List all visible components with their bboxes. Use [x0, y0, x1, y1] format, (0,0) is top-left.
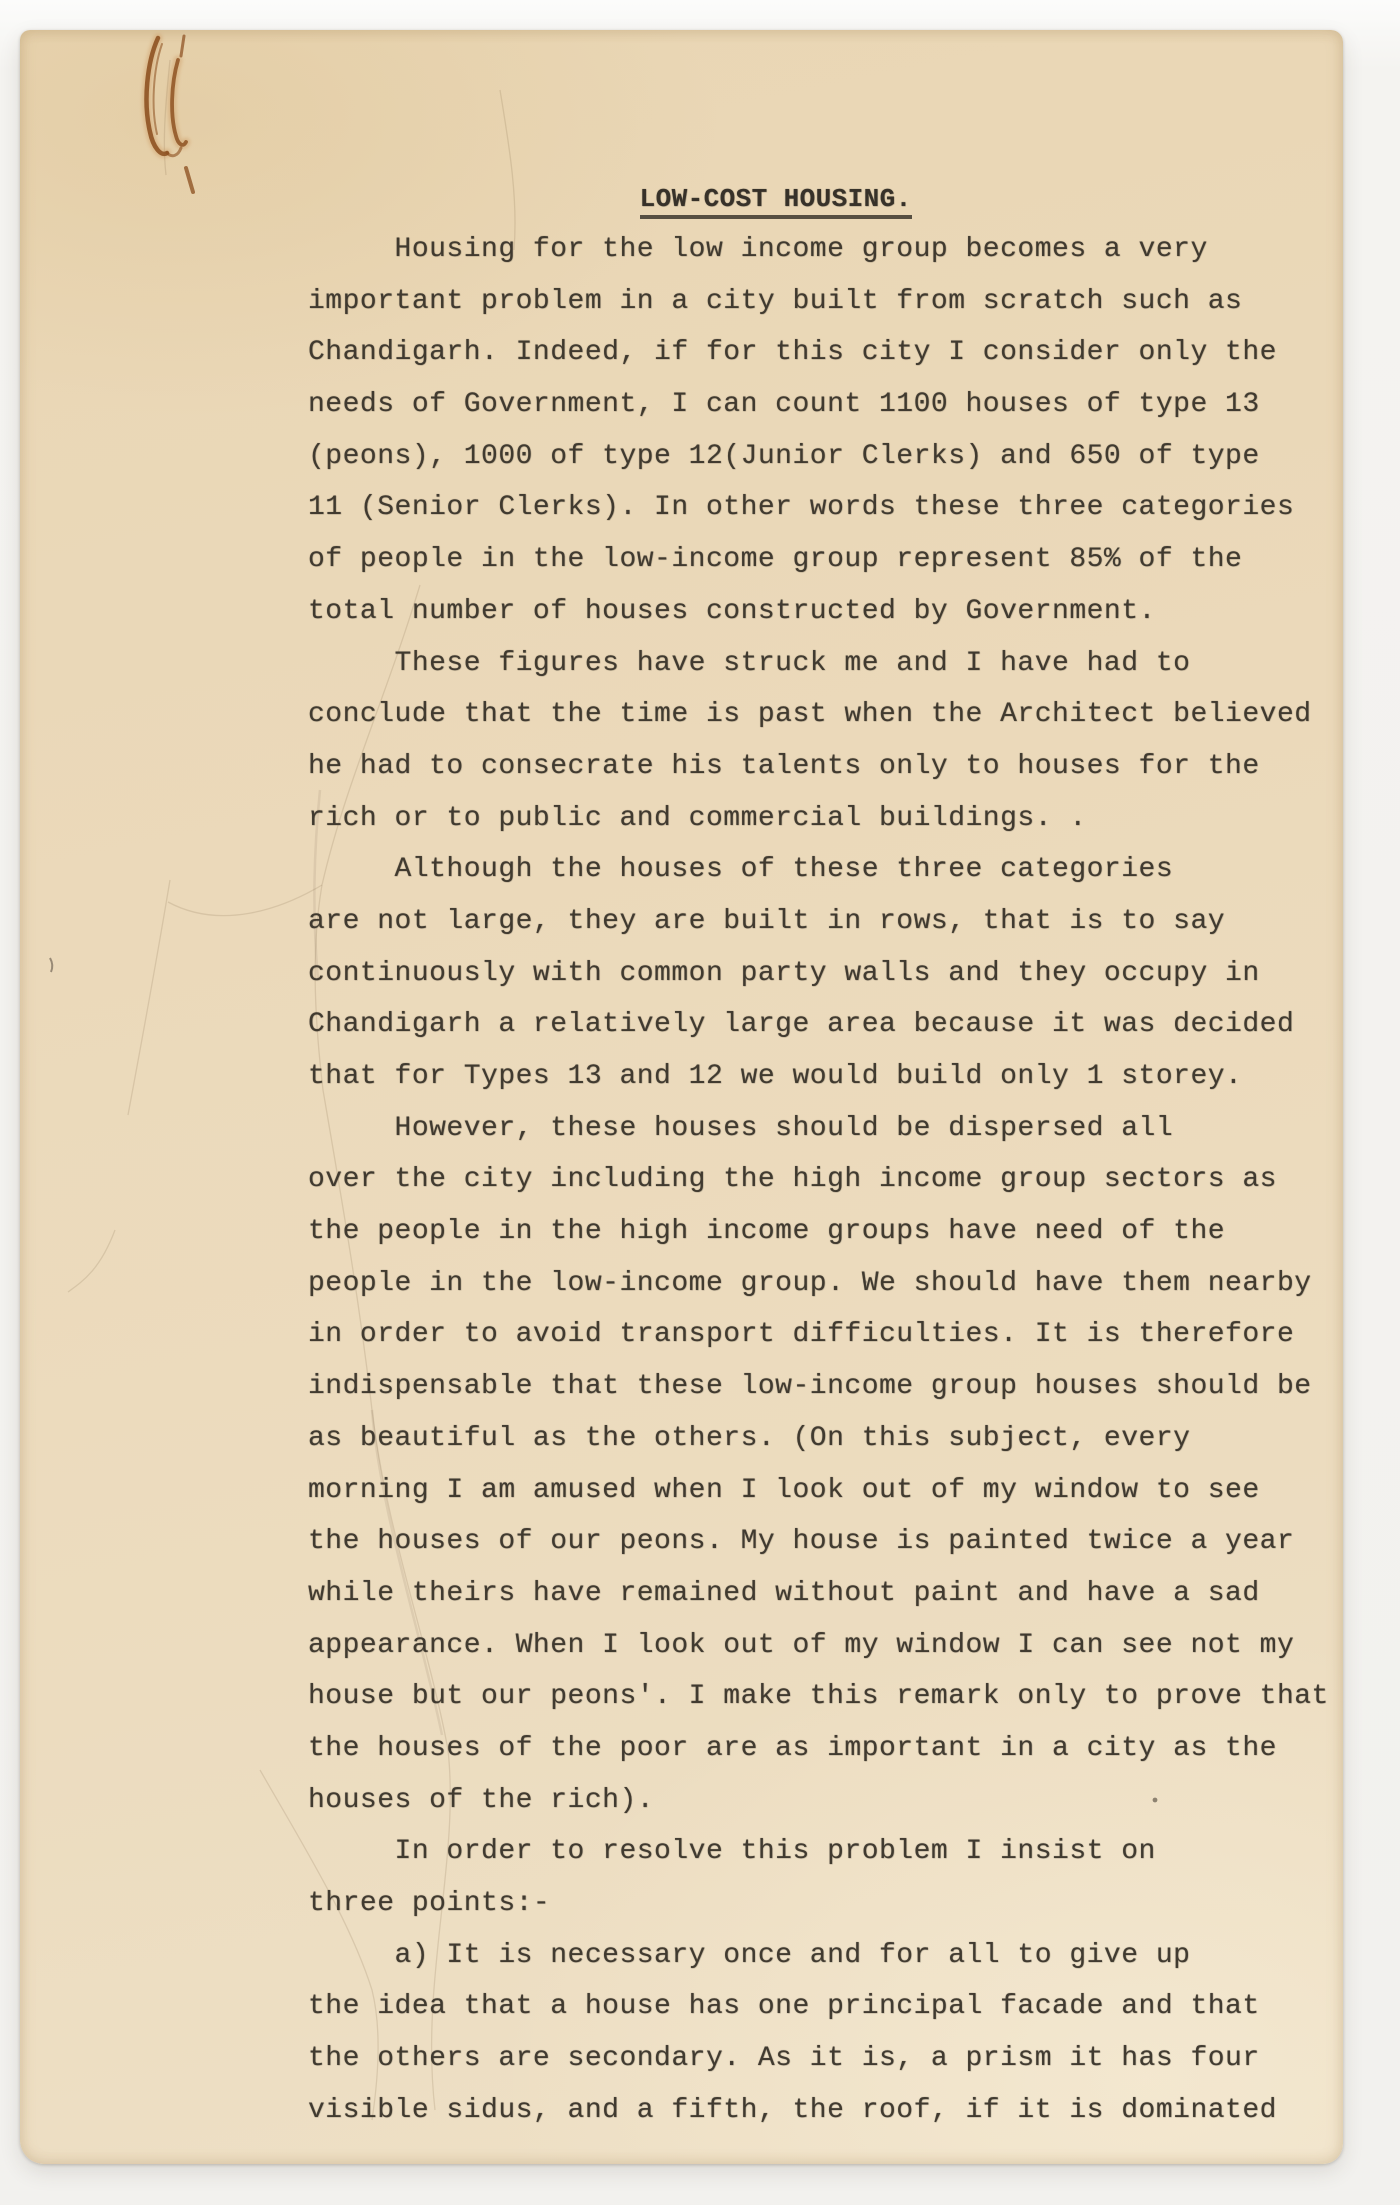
- text-line: the idea that a house has one principal …: [308, 1981, 1348, 2033]
- text-line: people in the low-income group. We shoul…: [308, 1258, 1348, 1310]
- text-line: appearance. When I look out of my window…: [308, 1620, 1348, 1672]
- text-line: important problem in a city built from s…: [308, 276, 1348, 328]
- text-line: three points:-: [308, 1878, 1348, 1930]
- text-line: Chandigarh a relatively large area becau…: [308, 999, 1348, 1051]
- text-line: the houses of our peons. My house is pai…: [308, 1516, 1348, 1568]
- text-line: in order to avoid transport difficulties…: [308, 1309, 1348, 1361]
- text-line: rich or to public and commercial buildin…: [308, 793, 1348, 845]
- text-line: (peons), 1000 of type 12(Junior Clerks) …: [308, 431, 1348, 483]
- text-line: total number of houses constructed by Go…: [308, 586, 1348, 638]
- text-line: a) It is necessary once and for all to g…: [308, 1930, 1348, 1982]
- text-line: Housing for the low income group becomes…: [308, 224, 1348, 276]
- text-line: over the city including the high income …: [308, 1154, 1348, 1206]
- document-body: Housing for the low income group becomes…: [308, 224, 1348, 2136]
- text-line: morning I am amused when I look out of m…: [308, 1465, 1348, 1517]
- text-line: continuously with common party walls and…: [308, 948, 1348, 1000]
- text-line: indispensable that these low-income grou…: [308, 1361, 1348, 1413]
- text-line: Although the houses of these three categ…: [308, 844, 1348, 896]
- text-line: of people in the low-income group repres…: [308, 534, 1348, 586]
- text-line: However, these houses should be disperse…: [308, 1103, 1348, 1155]
- text-line: needs of Government, I can count 1100 ho…: [308, 379, 1348, 431]
- text-line: the others are secondary. As it is, a pr…: [308, 2033, 1348, 2085]
- text-line: as beautiful as the others. (On this sub…: [308, 1413, 1348, 1465]
- text-line: visible sidus, and a fifth, the roof, if…: [308, 2085, 1348, 2137]
- text-line: are not large, they are built in rows, t…: [308, 896, 1348, 948]
- text-line: These figures have struck me and I have …: [308, 638, 1348, 690]
- text-line: that for Types 13 and 12 we would build …: [308, 1051, 1348, 1103]
- text-line: Chandigarh. Indeed, if for this city I c…: [308, 327, 1348, 379]
- document-title: LOW-COST HOUSING.: [582, 166, 912, 232]
- text-line: In order to resolve this problem I insis…: [308, 1826, 1348, 1878]
- text-line: conclude that the time is past when the …: [308, 689, 1348, 741]
- scan-surface: LOW-COST HOUSING. Housing for the low in…: [0, 0, 1400, 2205]
- text-line: house but our peons'. I make this remark…: [308, 1671, 1348, 1723]
- text-line: the people in the high income groups hav…: [308, 1206, 1348, 1258]
- text-line: 11 (Senior Clerks). In other words these…: [308, 482, 1348, 534]
- text-line: houses of the rich).: [308, 1775, 1348, 1827]
- text-line: while theirs have remained without paint…: [308, 1568, 1348, 1620]
- document-title-text: LOW-COST HOUSING.: [640, 184, 912, 219]
- document-page: LOW-COST HOUSING. Housing for the low in…: [20, 30, 1343, 2164]
- text-line: the houses of the poor are as important …: [308, 1723, 1348, 1775]
- text-line: he had to consecrate his talents only to…: [308, 741, 1348, 793]
- paperclip-rust-stain-icon: [120, 30, 210, 210]
